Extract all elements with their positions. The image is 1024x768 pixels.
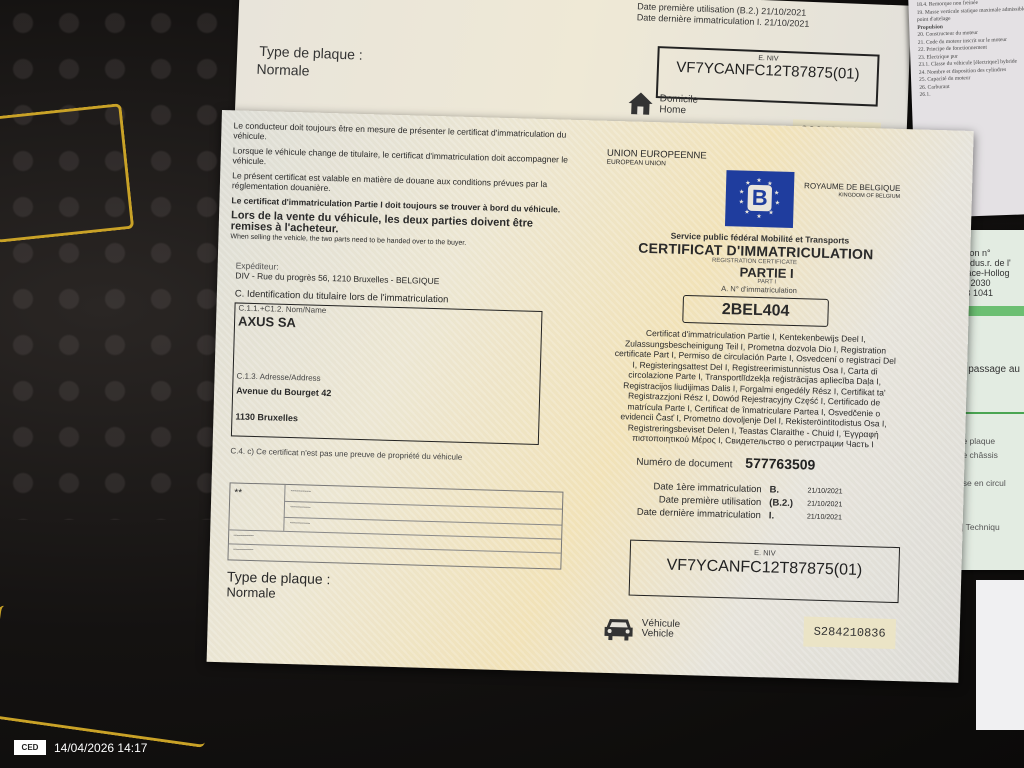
date-code: I.: [769, 509, 799, 523]
house-icon: [627, 91, 654, 116]
plate-type-value: Normale: [256, 61, 309, 79]
address-line-1: Avenue du Bourget 42: [236, 386, 331, 399]
registration-number-label: A. N° d'immatriculation: [721, 284, 797, 295]
ced-logo-icon: CED: [14, 740, 46, 755]
photo-timestamp: 14/04/2026 14:17: [54, 741, 147, 755]
vin-box: E. NIV VF7YCANFC12T87875(01): [629, 540, 900, 604]
serial-number: S284210836: [803, 616, 896, 649]
notice-text: Le conducteur doit toujours être en mesu…: [233, 120, 573, 149]
multilingual-title: Certificat d'immatriculation Partie I, K…: [609, 327, 900, 450]
dates-block: Date 1ère immatriculation B. 21/10/2021 …: [611, 479, 852, 525]
address-label: C.1.3. Adresse/Address: [236, 372, 320, 383]
holder-name: AXUS SA: [238, 314, 296, 331]
notice-text: Lorsque le véhicule change de titulaire,…: [232, 145, 572, 174]
notice-text: Le présent certificat est valable en mat…: [232, 170, 572, 199]
vehicle-label-en: Vehicle: [641, 629, 680, 640]
sender-block: Expéditeur: DIV - Rue du progrès 56, 121…: [235, 260, 440, 286]
car-seat-background: [0, 0, 240, 520]
spec-list: 18.4. Remorque non freinée 19. Masse ver…: [916, 0, 1024, 99]
seat-strap: [0, 605, 220, 748]
holder-box: C.1.1.+C1.2. Nom/Name AXUS SA C.1.3. Adr…: [231, 302, 543, 445]
white-paper: [976, 580, 1024, 730]
top-dates: Date première utilisation (B.2.) 21/10/2…: [637, 1, 810, 30]
ownership-note: C.4. c) Ce certificat n'est pas une preu…: [230, 446, 462, 461]
home-label-en: Home: [659, 104, 698, 116]
vehicle-section: Véhicule Vehicle: [603, 615, 680, 643]
date-value: 21/10/2021: [807, 497, 851, 511]
notice-block: Le conducteur doit toujours être en mesu…: [230, 120, 573, 256]
plate-type-label: Type de plaque :: [259, 43, 363, 63]
signature-marker: **: [234, 487, 242, 498]
document-number: Numéro de document 577763509: [636, 452, 815, 473]
registration-number: 2BEL404: [682, 295, 829, 327]
plate-type-value: Normale: [226, 584, 330, 602]
date-code: (B.2.): [769, 496, 799, 510]
address-line-2: 1130 Bruxelles: [235, 411, 298, 423]
document-number-label: Numéro de document: [636, 457, 732, 471]
seat-strap: [0, 103, 134, 243]
date-label: Date dernière immatriculation: [637, 506, 761, 522]
kingdom-label: ROYAUME DE BELGIQUE KINGDOM OF BELGIUM: [804, 182, 901, 201]
eu-label: UNION EUROPEENNE EUROPEAN UNION: [607, 149, 707, 170]
plate-type: Type de plaque : Normale: [226, 568, 330, 602]
home-section: Domicile Home: [627, 91, 698, 118]
camera-watermark: CED 14/04/2026 14:17: [14, 740, 147, 755]
eu-flag-icon: ★ ★ ★ ★ ★ ★ ★ ★ ★ ★ B: [725, 170, 795, 228]
country-letter: B: [747, 185, 772, 212]
date-code: B.: [769, 483, 799, 497]
kingdom-label-en: KINGDOM OF BELGIUM: [804, 190, 901, 201]
date-value: 21/10/2021: [807, 485, 851, 499]
signature-table: ** .............................. ......…: [227, 482, 563, 569]
car-icon: [603, 615, 634, 642]
date-value: 21/10/2021: [807, 510, 851, 524]
registration-certificate: Le conducteur doit toujours être en mesu…: [207, 110, 974, 683]
document-number-value: 577763509: [745, 455, 815, 473]
